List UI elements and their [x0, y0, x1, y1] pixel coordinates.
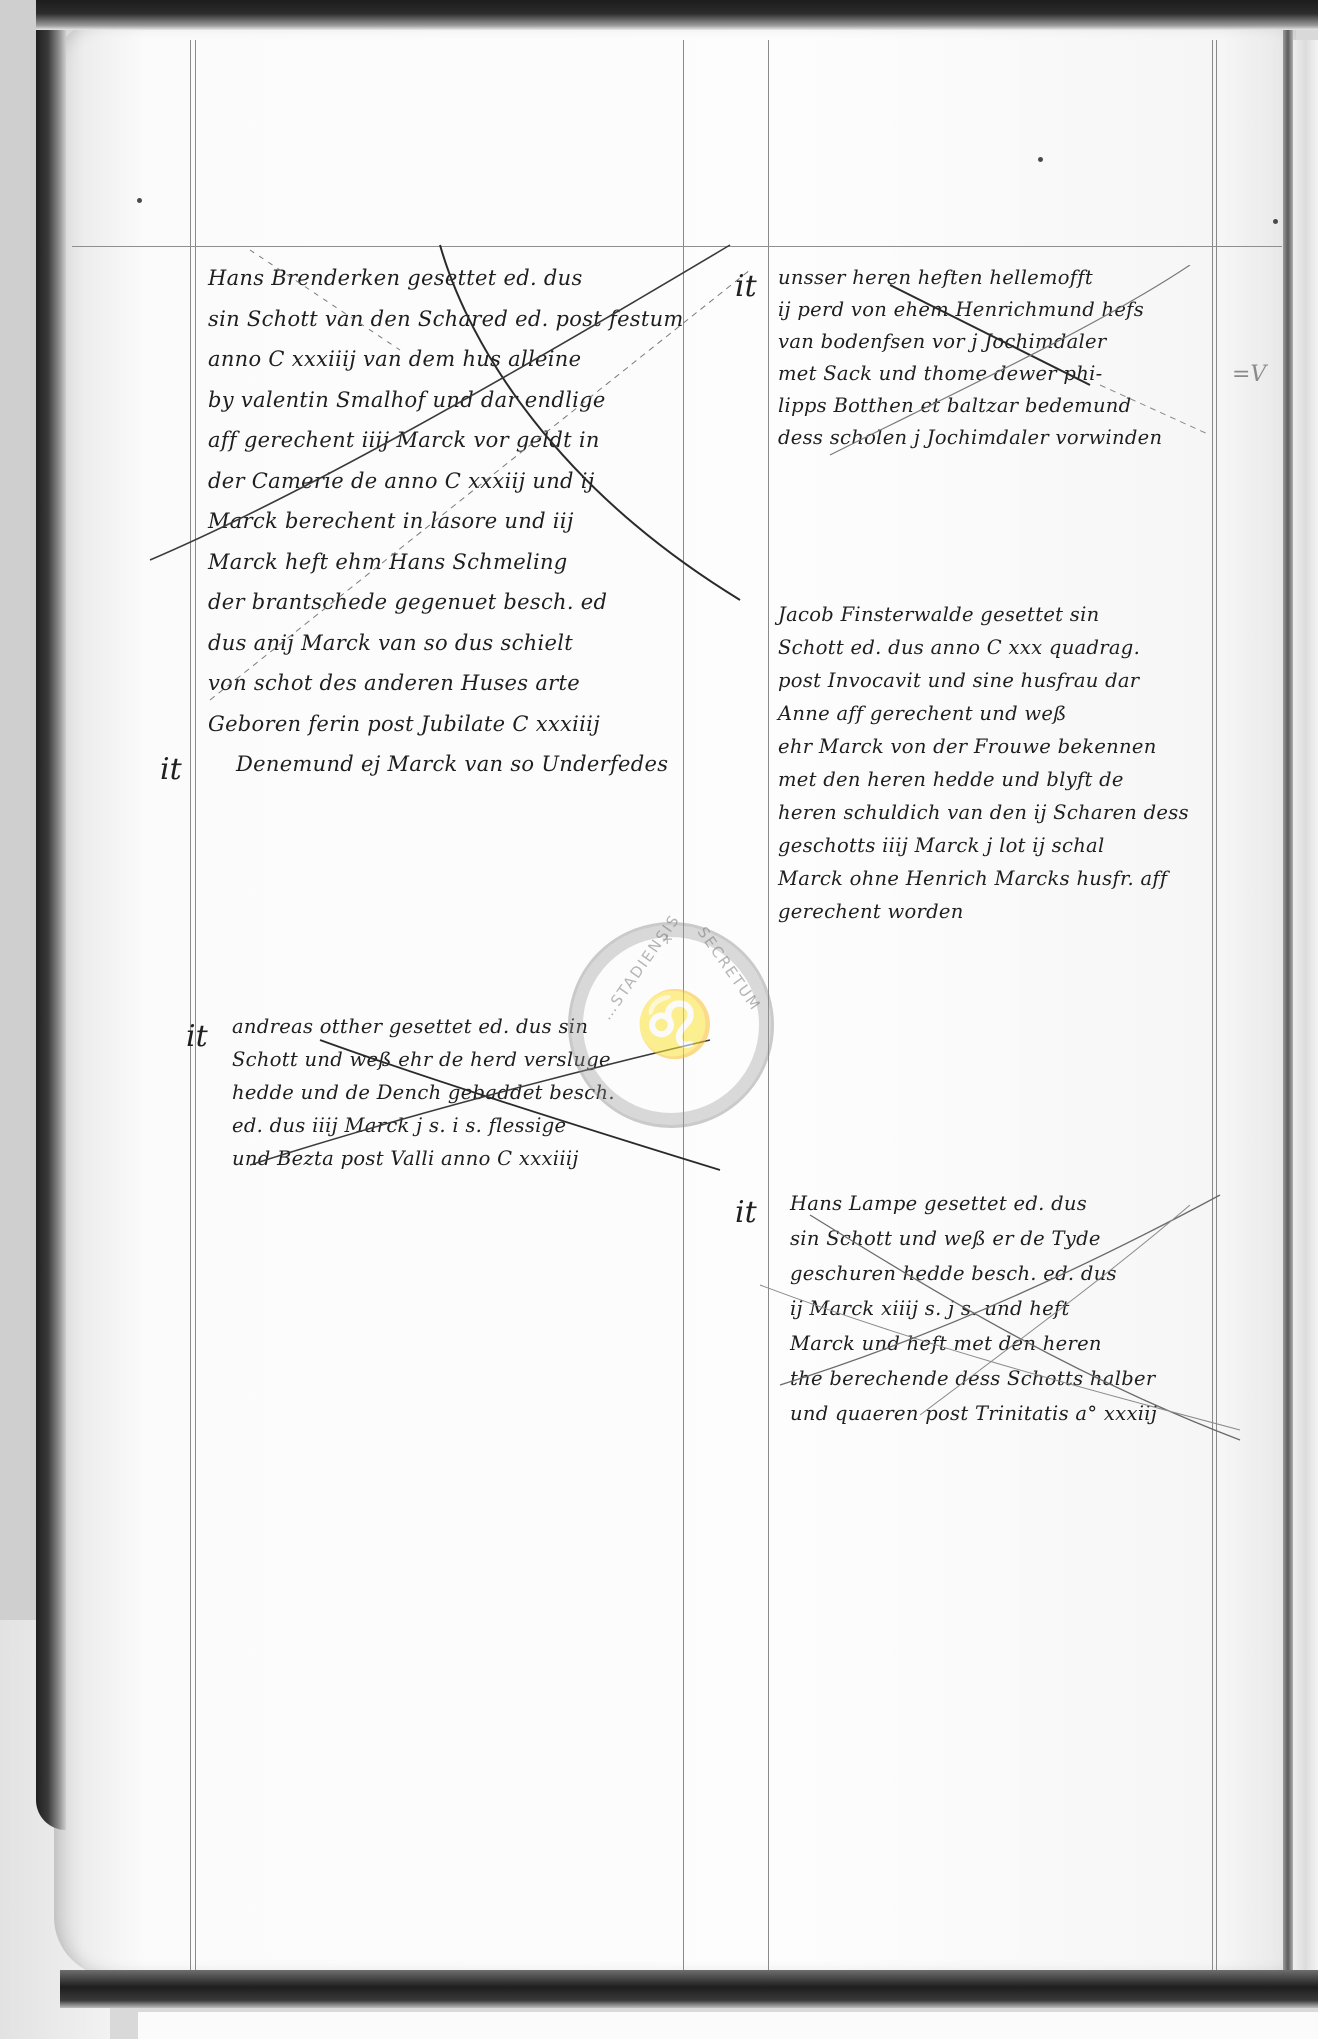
- marginal-item-mark: it: [160, 755, 182, 785]
- entry-line: heren schuldich van den ij Scharen dess: [778, 796, 1189, 829]
- entry-line: sin Schott van den Schared ed. post fest…: [208, 299, 684, 340]
- scan-bottom-strip: [138, 2012, 1318, 2039]
- entry-line: Hans Lampe gesettet ed. dus: [790, 1186, 1157, 1221]
- entry-line: Anne aff gerechent und weß: [778, 697, 1189, 730]
- entry-line: dess scholen j Jochimdaler vorwinden: [778, 422, 1162, 454]
- bottom-edge-shadow: [60, 1970, 1318, 2008]
- rule-header-line: [72, 246, 1282, 247]
- entry-line: von schot des anderen Huses arte: [208, 663, 684, 704]
- entry-line: ehr Marck von der Frouwe bekennen: [778, 730, 1189, 763]
- entry-line: Hans Brenderken gesettet ed. dus: [208, 258, 684, 299]
- rule-left-margin: [190, 40, 191, 1970]
- entry-line: andreas otther gesettet ed. dus sin: [232, 1010, 615, 1043]
- entry-line: hedde und de Dench gebaddet besch.: [232, 1076, 615, 1109]
- page-fore-edge-shadow: [1283, 30, 1293, 1975]
- entry-line: Marck berechent in lasore und iij: [208, 501, 684, 542]
- entry-line: post Invocavit und sine husfrau dar: [778, 664, 1189, 697]
- entry-line: van bodenfsen vor j Jochimdaler: [778, 326, 1162, 358]
- entry-hans-brenderken: Hans Brenderken gesettet ed. dus sin Sch…: [208, 258, 684, 744]
- margin-note: =V: [1232, 362, 1266, 387]
- entry-line: geschuren hedde besch. ed. dus: [790, 1256, 1157, 1291]
- entry-line: geschotts iiij Marck j lot ij schal: [778, 829, 1189, 862]
- paper-speck: [1038, 157, 1043, 162]
- entry-line: Schott ed. dus anno C xxx quadrag.: [778, 631, 1189, 664]
- entry-andreas-otther: andreas otther gesettet ed. dus sin Scho…: [232, 1010, 615, 1175]
- rule-right-margin: [1212, 40, 1213, 1970]
- entry-denemund: Denemund ej Marck van so Underfedes: [236, 744, 668, 785]
- entry-line: lipps Botthen et baltzar bedemund: [778, 390, 1162, 422]
- entry-line: ij perd von ehem Henrichmund hefs: [778, 294, 1162, 326]
- entry-line: gerechent worden: [778, 895, 1189, 928]
- entry-line: anno C xxxiiij van dem hus alleine: [208, 339, 684, 380]
- entry-line: sin Schott und weß er de Tyde: [790, 1221, 1157, 1256]
- entry-line: Marck und heft met den heren: [790, 1326, 1157, 1361]
- entry-line: met Sack und thome dewer phi-: [778, 358, 1162, 390]
- entry-line: met den heren hedde und blyft de: [778, 763, 1189, 796]
- marginal-item-mark: it: [735, 1198, 757, 1228]
- entry-line: der Camerie de anno C xxxiij und ij: [208, 461, 684, 502]
- entry-line: unsser heren heften hellemofft: [778, 262, 1162, 294]
- paper-speck: [1273, 219, 1278, 224]
- entry-unsser-heren: unsser heren heften hellemofft ij perd v…: [778, 262, 1162, 454]
- entry-line: und quaeren post Trinitatis a° xxxiij: [790, 1396, 1157, 1431]
- entry-line: Denemund ej Marck van so Underfedes: [236, 744, 668, 785]
- entry-line: dus anij Marck van so dus schielt: [208, 623, 684, 664]
- entry-line: by valentin Smalhof und dar endlige: [208, 380, 684, 421]
- entry-line: und Bezta post Valli anno C xxxiiij: [232, 1142, 615, 1175]
- stamp-separator: +: [661, 930, 676, 948]
- entry-line: Geboren ferin post Jubilate C xxxiiij: [208, 704, 684, 745]
- rule-left-margin-double: [195, 40, 196, 1970]
- entry-line: Jacob Finsterwalde gesettet sin: [778, 598, 1189, 631]
- page-fore-edge: [1293, 40, 1318, 1975]
- entry-line: ed. dus iiij Marck j s. i s. flessige: [232, 1109, 615, 1142]
- binding-shadow: [36, 0, 66, 1830]
- entry-line: Marck heft ehm Hans Schmeling: [208, 542, 684, 583]
- entry-line: ij Marck xiiij s. j s. und heft: [790, 1291, 1157, 1326]
- marginal-item-mark: it: [186, 1022, 208, 1052]
- paper-speck: [137, 198, 142, 203]
- entry-line: der brantschede gegenuet besch. ed: [208, 582, 684, 623]
- entry-line: aff gerechent iiij Marck vor geldt in: [208, 420, 684, 461]
- entry-hans-lampe: Hans Lampe gesettet ed. dus sin Schott u…: [790, 1186, 1157, 1431]
- entry-line: Marck ohne Henrich Marcks husfr. aff: [778, 862, 1189, 895]
- lion-emblem-icon: ♌: [620, 985, 730, 1065]
- entry-line: the berechende dess Schotts halber: [790, 1361, 1157, 1396]
- scan-left-margin: [0, 0, 38, 1620]
- entry-line: Schott und weß ehr de herd versluge: [232, 1043, 615, 1076]
- marginal-item-mark: it: [735, 272, 757, 302]
- rule-right-margin-double: [1216, 40, 1217, 1970]
- entry-jacob-finsterwalde: Jacob Finsterwalde gesettet sin Schott e…: [778, 598, 1189, 928]
- top-edge-shadow: [36, 0, 1318, 30]
